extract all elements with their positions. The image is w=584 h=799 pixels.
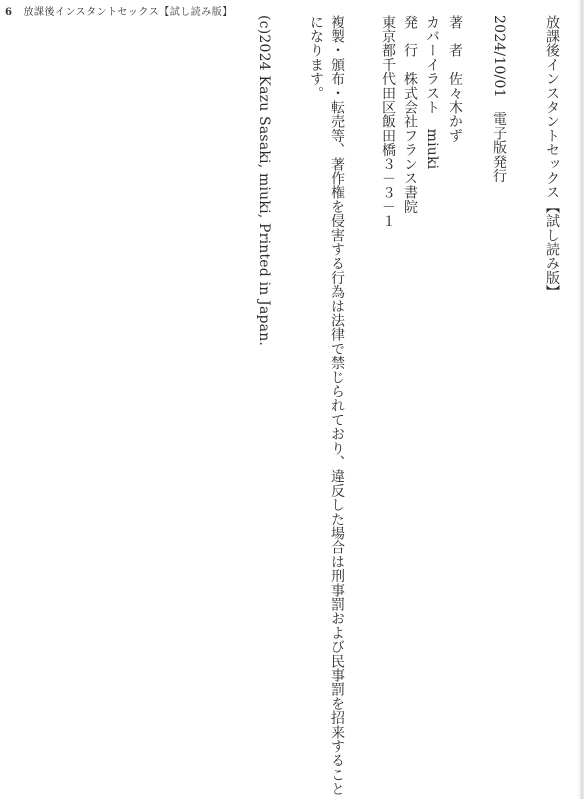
cover-illustrator-line: カバーイラスト miuki (424, 15, 440, 799)
page-number: 6 (5, 7, 12, 18)
page-header: 6放課後インスタントセックス【試し読み版】 (5, 3, 233, 18)
copyright-notice-line2: になります。 (305, 15, 326, 799)
edition-date: 2024/10/01 電子版発行 (491, 15, 507, 799)
copyright-notice: 複製・頒布・転売等、著作権を侵害する行為は法律で禁じられており、違反した場合は刑… (305, 15, 347, 799)
publisher-address: 東京都千代田区飯田橋３－３－１ (380, 15, 396, 799)
running-title: 放課後インスタントセックス【試し読み版】 (23, 7, 232, 18)
publisher-line: 発 行 株式会社フランス書院 (402, 15, 418, 799)
page-edge-shadow (577, 0, 584, 799)
author-line: 著 者 佐々木かず (447, 15, 463, 799)
colophon-block: 放課後インスタントセックス【試し読み版】 2024/10/01 電子版発行 著 … (256, 15, 560, 799)
copyright-notice-line1: 複製・頒布・転売等、著作権を侵害する行為は法律で禁じられており、違反した場合は刑… (326, 15, 347, 799)
copyright-line: (c)2024 Kazu Sasaki, miuki, Printed in J… (256, 15, 272, 799)
book-title: 放課後インスタントセックス【試し読み版】 (544, 15, 560, 799)
colophon-page: 6放課後インスタントセックス【試し読み版】 放課後インスタントセックス【試し読み… (0, 0, 584, 799)
